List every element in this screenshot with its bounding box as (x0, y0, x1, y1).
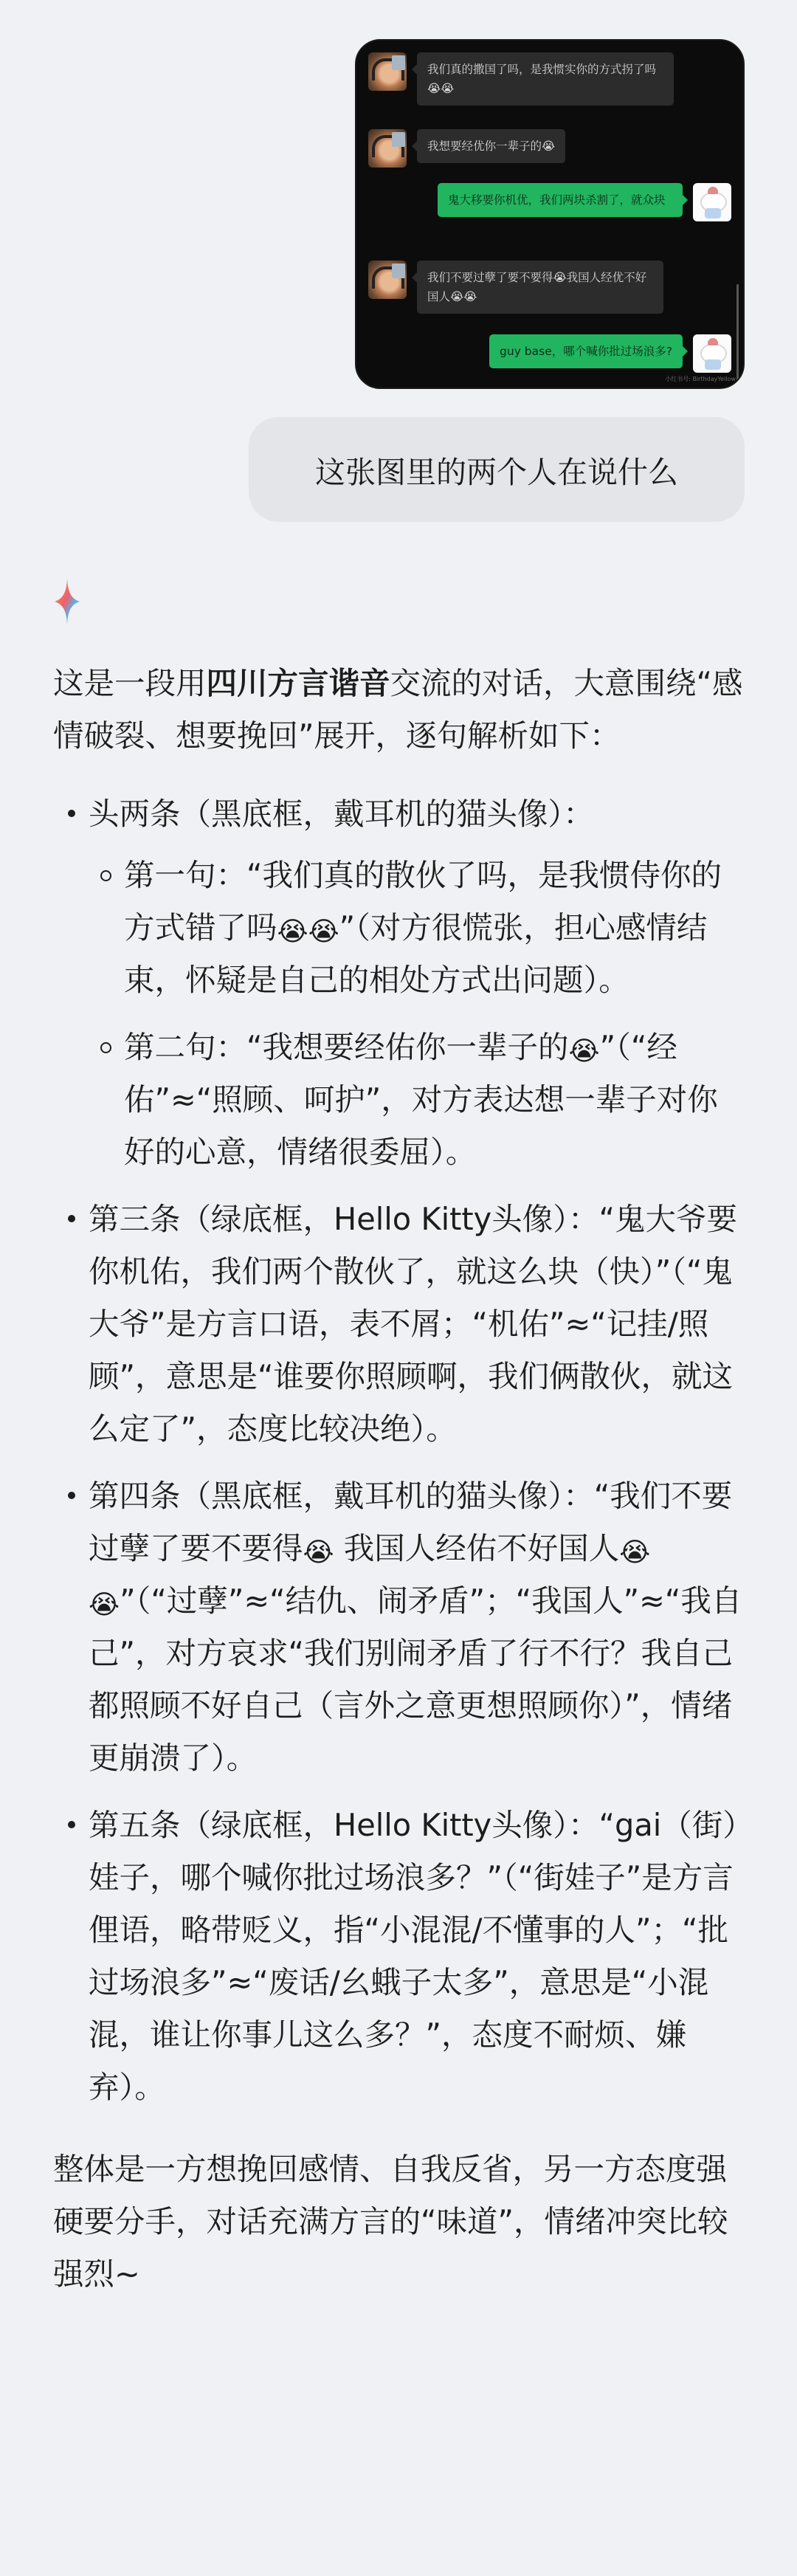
chat-scrollbar (736, 284, 739, 389)
crying-emoji-icon: 😭 (569, 1036, 600, 1067)
highlight-bold: 四川方言谐音 (207, 665, 390, 701)
conclusion-paragraph: 整体是一方想挽回感情、自我反省，另一方态度强硬要分手，对话充满方言的“味道”，情… (53, 2143, 747, 2300)
bullet-item: 第三条（绿底框，Hello Kitty头像）：“鬼大爷要你机佑，我们两个散伙了，… (53, 1193, 747, 1455)
watermark: 小红书号: BirthdayYellow (665, 375, 736, 383)
user-query-text: 这张图里的两个人在说什么 (315, 448, 678, 492)
chat-bubble-dark: 我们不要过孽了要不要得😭我国人经优不好国人😭😭 (417, 261, 663, 314)
bullet-item: 第五条（绿底框，Hello Kitty头像）：“gai（街）娃子，哪个喊你批过场… (53, 1799, 747, 2113)
assistant-response: 这是一段用四川方言谐音交流的对话，大意围绕“感情破裂、想要挽回”展开，逐句解析如… (53, 657, 747, 2300)
chat-bubble-dark: 我想要经优你一辈子的😭 (417, 129, 565, 163)
cat-avatar (368, 52, 407, 91)
chat-bubble-green: 鬼大移要你机优，我们两块杀割了，就众块 (438, 183, 683, 217)
chat-bubble-green: guy base，哪个喊你批过场浪多? (489, 334, 683, 368)
sub-bullet-item: 第二句：“我想要经佑你一辈子的😭”（“经佑”≈“照顾、呵护”，对方表达想一辈子对… (53, 1021, 747, 1178)
cat-avatar (368, 129, 407, 168)
bullet-item: 第四条（黑底框，戴耳机的猫头像）：“我们不要过孽了要不要得😭 我国人经佑不好国人… (53, 1470, 747, 1784)
chat-message-left: 我想要经优你一辈子的😭 (368, 129, 565, 168)
hello-kitty-avatar (693, 183, 731, 221)
crying-emoji-icon: 😭 (303, 1537, 334, 1568)
chat-message-left: 我们不要过孽了要不要得😭我国人经优不好国人😭😭 (368, 261, 663, 314)
crying-emoji-icon: 😭😭 (277, 917, 339, 947)
intro-paragraph: 这是一段用四川方言谐音交流的对话，大意围绕“感情破裂、想要挽回”展开，逐句解析如… (53, 657, 747, 762)
cat-avatar (368, 261, 407, 299)
chat-message-right: guy base，哪个喊你批过场浪多? (489, 334, 731, 373)
gemini-spark-icon (55, 579, 80, 624)
chat-bubble-dark: 我们真的撒国了吗，是我惯实你的方式拐了吗😭😭 (417, 52, 674, 106)
sub-bullet-item: 第一句：“我们真的散伙了吗，是我惯侍你的方式错了吗😭😭”（对方很慌张，担心感情结… (53, 849, 747, 1006)
attached-chat-screenshot[interactable]: 我们真的撒国了吗，是我惯实你的方式拐了吗😭😭 我想要经优你一辈子的😭 鬼大移要你… (355, 39, 745, 389)
chat-message-left: 我们真的撒国了吗，是我惯实你的方式拐了吗😭😭 (368, 52, 674, 106)
chat-message-right: 鬼大移要你机优，我们两块杀割了，就众块 (438, 183, 731, 221)
user-query-bubble: 这张图里的两个人在说什么 (249, 417, 745, 522)
bullet-item: 头两条（黑底框，戴耳机的猫头像）： (53, 788, 747, 840)
hello-kitty-avatar (693, 334, 731, 373)
